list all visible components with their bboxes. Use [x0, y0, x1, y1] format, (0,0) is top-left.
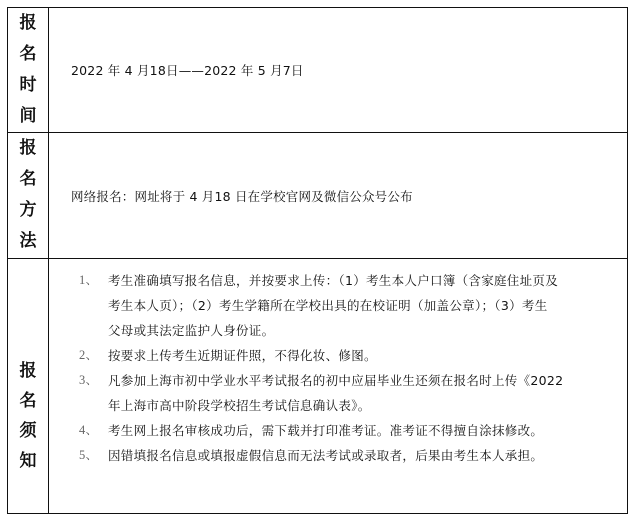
header-char: 间 — [20, 101, 37, 132]
header-char: 报 — [20, 133, 37, 164]
header-char: 法 — [20, 226, 37, 257]
note-item: 3、 凡参加上海市初中学业水平考试报名的初中应届毕业生还须在报名时上传《2022… — [49, 368, 627, 418]
header-char: 名 — [20, 164, 37, 195]
note-number: 3、 — [79, 368, 98, 393]
registration-time-cell: 2022 年 4 月18日——2022 年 5 月7日 — [49, 8, 627, 132]
note-item: 2、 按要求上传考生近期证件照，不得化妆、修图。 — [49, 343, 627, 368]
note-item: 1、 考生准确填写报名信息，并按要求上传：（1）考生本人户口簿（含家庭住址页及 … — [49, 268, 627, 343]
note-line: 凡参加上海市初中学业水平考试报名的初中应届毕业生还须在报名时上传《2022 — [108, 368, 615, 393]
note-line: 因错填报名信息或填报虚假信息而无法考试或录取者，后果由考生本人承担。 — [108, 443, 615, 468]
note-line: 考生本人页）；（2）考生学籍所在学校出具的在校证明（加盖公章）；（3）考生 — [108, 293, 615, 318]
registration-info-table: 报 名 时 间 2022 年 4 月18日——2022 年 5 月7日 报 名 … — [7, 7, 628, 514]
note-line: 父母或其法定监护人身份证。 — [108, 318, 615, 343]
note-line: 考生准确填写报名信息，并按要求上传：（1）考生本人户口簿（含家庭住址页及 — [108, 268, 615, 293]
note-line: 年上海市高中阶段学校招生考试信息确认表》。 — [108, 393, 615, 418]
row-registration-time: 报 名 时 间 2022 年 4 月18日——2022 年 5 月7日 — [8, 8, 627, 133]
header-char: 名 — [20, 39, 37, 70]
registration-time-text: 2022 年 4 月18日——2022 年 5 月7日 — [49, 61, 304, 79]
row-header-registration-time: 报 名 时 间 — [8, 8, 49, 132]
note-number: 4、 — [79, 418, 98, 443]
header-char: 报 — [20, 356, 37, 386]
registration-method-text: 网络报名：网址将于 4 月18 日在学校官网及微信公众号公布 — [49, 187, 413, 205]
header-char: 时 — [20, 70, 37, 101]
header-char: 报 — [20, 8, 37, 39]
registration-method-cell: 网络报名：网址将于 4 月18 日在学校官网及微信公众号公布 — [49, 133, 627, 258]
row-header-registration-method: 报 名 方 法 — [8, 133, 49, 258]
note-number: 5、 — [79, 443, 98, 468]
row-header-registration-notes: 报 名 须 知 — [8, 259, 49, 513]
header-char: 方 — [20, 195, 37, 226]
header-char: 须 — [20, 416, 37, 446]
registration-notes-list: 1、 考生准确填写报名信息，并按要求上传：（1）考生本人户口簿（含家庭住址页及 … — [49, 259, 627, 468]
header-char: 知 — [20, 446, 37, 476]
header-char: 名 — [20, 386, 37, 416]
note-line: 考生网上报名审核成功后，需下载并打印准考证。准考证不得擅自涂抹修改。 — [108, 418, 615, 443]
note-item: 4、 考生网上报名审核成功后，需下载并打印准考证。准考证不得擅自涂抹修改。 — [49, 418, 627, 443]
note-line: 按要求上传考生近期证件照，不得化妆、修图。 — [108, 343, 615, 368]
note-number: 2、 — [79, 343, 98, 368]
row-registration-method: 报 名 方 法 网络报名：网址将于 4 月18 日在学校官网及微信公众号公布 — [8, 133, 627, 259]
row-registration-notes: 报 名 须 知 1、 考生准确填写报名信息，并按要求上传：（1）考生本人户口簿（… — [8, 259, 627, 513]
note-number: 1、 — [79, 268, 98, 293]
note-item: 5、 因错填报名信息或填报虚假信息而无法考试或录取者，后果由考生本人承担。 — [49, 443, 627, 468]
